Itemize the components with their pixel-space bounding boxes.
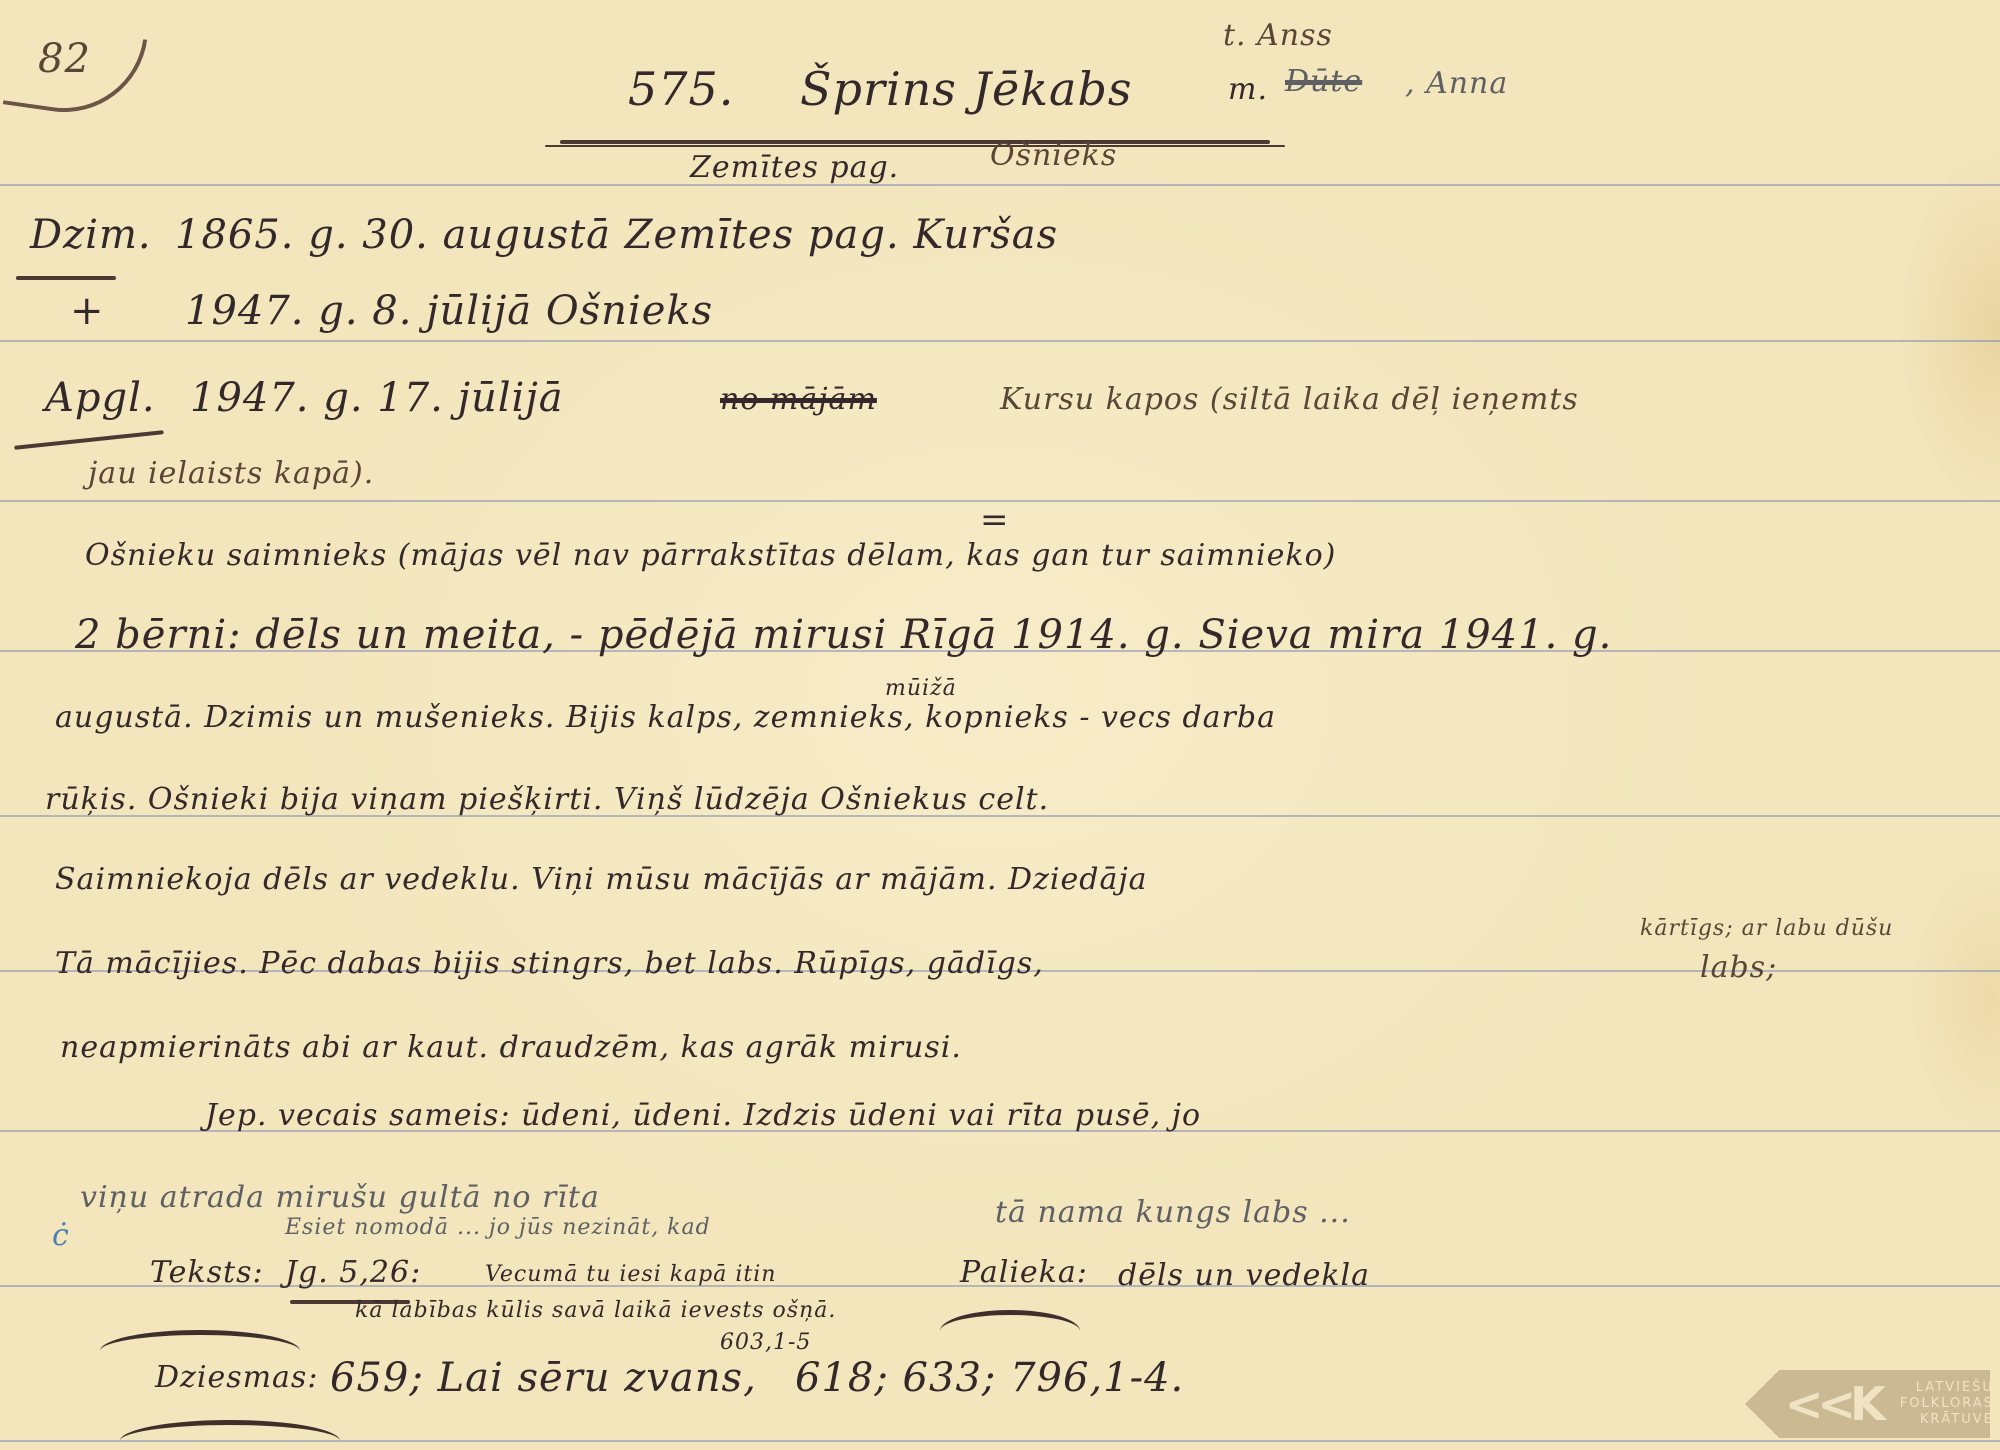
songs-overline <box>100 1330 300 1351</box>
born-label: Dzim. <box>30 212 152 258</box>
buried-text-c: jau ielaists kapā). <box>88 456 374 491</box>
buried-label: Apgl. <box>45 375 156 421</box>
buried-label-underline <box>14 430 164 450</box>
logo-line-1: LATVIEŠU <box>1900 1380 1994 1396</box>
margin-mark: ċ <box>52 1218 70 1253</box>
title-underline <box>560 140 1270 144</box>
texts-quote-2: kā labības kūlis savā laikā ievests ošņā… <box>355 1298 836 1323</box>
body-line-6-tail: labs; <box>1700 950 1777 985</box>
born-label-underline <box>16 276 116 280</box>
died-text: 1947. g. 8. jūlijā Ošnieks <box>185 288 713 334</box>
title-underline-2 <box>545 145 1285 147</box>
logo-line-3: KRĀTUVE <box>1900 1412 1994 1428</box>
body-line-4: rūķis. Ošnieki bija viņam piešķirti. Viņ… <box>45 782 1049 817</box>
born-text: 1865. g. 30. augustā Zemītes pag. Kuršas <box>175 212 1058 258</box>
body-line-8: Jep. vecais sameis: ūdeni, ūdeni. Izdzis… <box>205 1098 1201 1133</box>
archive-logo: <<K LATVIEŠU FOLKLORAS KRĀTUVE <box>1745 1370 1990 1438</box>
buried-text-a: 1947. g. 17. jūlijā <box>190 375 564 421</box>
songs-label: Dziesmas: <box>155 1360 318 1395</box>
body-line-6: Tā mācījies. Pēc dabas bijis stingrs, be… <box>55 946 1044 981</box>
body-line-5: Saimniekoja dēls ar vedeklu. Viņi mūsu m… <box>55 862 1148 897</box>
body-line-6-insert: kārtīgs; ar labu dūšu <box>1640 916 1893 941</box>
page-number: 82 <box>38 36 91 82</box>
farm-line: Ošnieks <box>990 138 1117 173</box>
archive-logo-mark-icon: <<K <box>1785 1377 1880 1431</box>
body-line-3-insert: mūižā <box>885 676 957 701</box>
body-line-2: 2 bērni: dēls un meita, - pēdējā mirusi … <box>75 612 1612 658</box>
ruled-line <box>0 184 2000 186</box>
alias-struck: Dūte <box>1285 64 1362 99</box>
songs-superscript: 603,1-5 <box>720 1330 811 1355</box>
body-line-3: augustā. Dzimis un mušenieks. Bijis kalp… <box>55 700 1276 735</box>
songs-underline <box>120 1420 340 1441</box>
body-line-9: viņu atrada mirušu gultā no rīta <box>80 1180 600 1215</box>
songs-value: 659; Lai sēru zvans, <box>330 1355 757 1401</box>
alias-rest: , Anna <box>1405 66 1508 101</box>
died-label: + <box>70 288 105 334</box>
body-line-9-tail: tā nama kungs labs ... <box>995 1195 1351 1230</box>
equals-mark: = <box>980 500 1010 540</box>
buried-struck: no mājām <box>720 382 877 417</box>
person-name: Šprins Jēkabs <box>800 62 1133 116</box>
logo-line-2: FOLKLORAS <box>1900 1396 1994 1412</box>
ruled-line <box>0 340 2000 342</box>
survivors-value: dēls un vedekla <box>1118 1258 1370 1293</box>
entry-number: 575. <box>628 62 734 116</box>
survivors-underline <box>940 1310 1080 1331</box>
buried-text-b: Kursu kapos (siltā laika dēļ ieņemts <box>1000 382 1579 417</box>
alias-prefix: m. <box>1228 72 1268 107</box>
body-line-7: neapmierināts abi ar kaut. draudzēm, kas… <box>60 1030 962 1065</box>
texts-label: Teksts: <box>150 1255 264 1290</box>
body-line-10: Esiet nomodā ... jo jūs nezināt, kad <box>285 1215 711 1240</box>
texts-ref: Jg. 5,26: <box>285 1255 421 1290</box>
alias-correction: t. Anss <box>1223 18 1333 53</box>
texts-quote-1: Vecumā tu iesi kapā itin <box>485 1262 776 1287</box>
songs-rest: 618; 633; 796,1-4. <box>795 1355 1184 1401</box>
parish-line: Zemītes pag. <box>690 150 899 185</box>
survivors-label: Palieka: <box>960 1255 1088 1290</box>
body-line-1: Ošnieku saimnieks (mājas vēl nav pārraks… <box>85 538 1336 573</box>
archive-logo-text: LATVIEŠU FOLKLORAS KRĀTUVE <box>1900 1380 1994 1428</box>
